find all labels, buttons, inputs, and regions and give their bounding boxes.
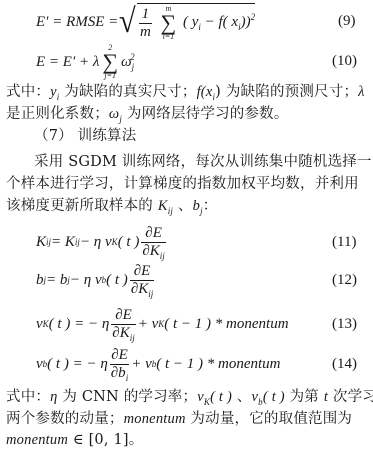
where-line-2: 是正则化系数；ωj 为网络层待学习的参数。 (6, 106, 289, 123)
paragraph-line-3: 该梯度更新所取样本的 Kij 、bj： (6, 198, 217, 215)
where2-line-2: 两个参数的动量；monentum 为动量，它的取值范围为 (6, 411, 352, 428)
where2-line-3: monentum ∈ [0, 1]。 (6, 432, 143, 449)
eq10-lhs: E = E′ + λ (36, 54, 99, 71)
equation-14: vb( t ) = − η ∂E∂bi + vb( t − 1 ) * mone… (36, 345, 281, 383)
paragraph-line-1: 采用 SGDM 训练网络，每次从训练集中随机选择一 (34, 154, 372, 171)
section-heading: （7） 训练算法 (34, 128, 136, 145)
paragraph-line-2: 个样本进行学习，计算梯度的指数加权平均数，并利用 (6, 176, 359, 193)
summation-icon: m∑i=1 (161, 5, 177, 41)
equation-13: vK( t ) = − η ∂E∂Kij + vK( t − 1 ) * mon… (36, 305, 289, 343)
eq9-lhs: E′ = RMSE = (36, 14, 118, 31)
equation-number-12: (12) (332, 272, 357, 289)
eq9-frac-den: m (139, 23, 152, 41)
equation-9: E′ = RMSE = √ 1m m∑i=1 ( yi − f( xi))2 (36, 2, 255, 42)
equation-number-10: (10) (332, 53, 357, 70)
equation-number-14: (14) (332, 356, 357, 373)
summation-icon: 2∑j=1 (102, 44, 118, 80)
equation-10: E = E′ + λ 2∑j=1 ωj2 (36, 44, 135, 80)
equation-11: Kij = Kij − η vK( t ) ∂E∂Kij (36, 224, 168, 260)
where-line-1: 式中：yi 为缺陷的真实尺寸；f(xi) 为缺陷的预测尺寸；λ (6, 84, 365, 101)
equation-number-13: (13) (332, 316, 357, 333)
equation-12: bj = bj − η vb( t ) ∂E∂Kij (36, 262, 156, 298)
equation-number-11: (11) (332, 234, 356, 251)
eq9-frac-num: 1 (139, 6, 152, 23)
equation-number-9: (9) (338, 13, 356, 30)
sqrt-sign: √ 1m m∑i=1 ( yi − f( xi))2 (118, 3, 255, 41)
where2-line-1: 式中：η 为 CNN 的学习率；vK( t ) 、vb( t ) 为第 t 次学… (6, 389, 373, 406)
